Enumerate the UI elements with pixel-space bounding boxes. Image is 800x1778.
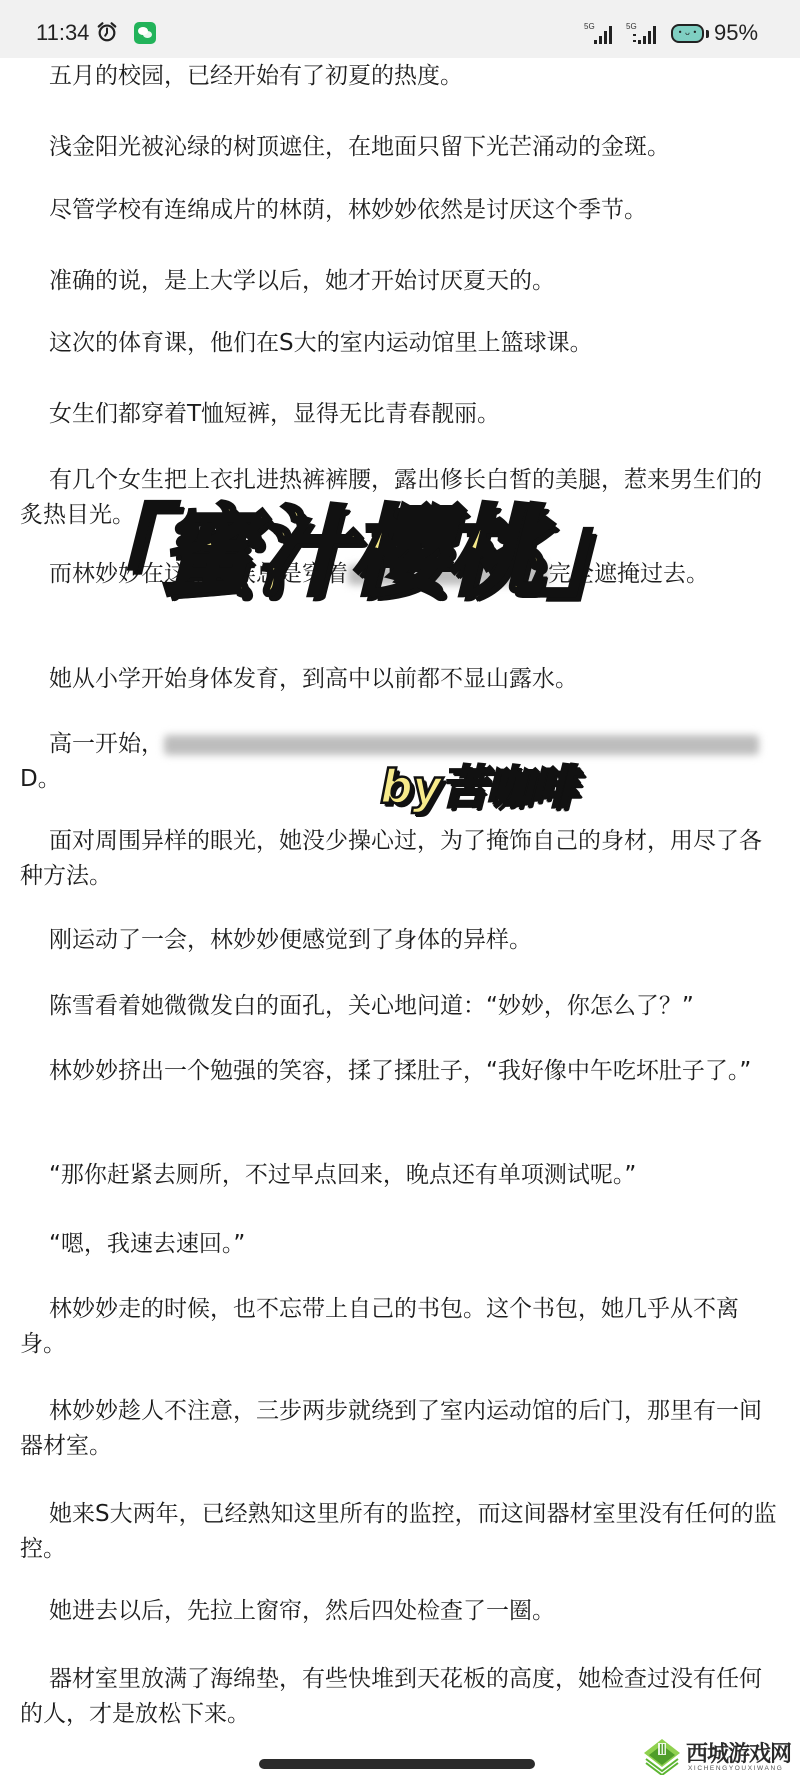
paragraph: 浅金阳光被沁绿的树顶遮住，在地面只留下光芒涌动的金斑。 xyxy=(20,130,780,165)
wechat-icon xyxy=(134,22,156,44)
paragraph: 器材室里放满了海绵垫，有些快堆到天花板的高度，她检查过没有任何的人，才是放松下来… xyxy=(20,1662,780,1732)
status-bar: 11:34 5G 5G • ᴗ • 95% xyxy=(0,0,800,58)
paragraph-text: D。 xyxy=(20,766,61,792)
battery-icon: • ᴗ • xyxy=(671,24,704,43)
paragraph-text: 高一开始， xyxy=(49,731,164,757)
paragraph: 准确的说，是上大学以后，她才开始讨厌夏天的。 xyxy=(20,264,780,299)
battery-face: • ᴗ • xyxy=(673,28,702,38)
paragraph: 她来S大两年，已经熟知这里所有的监控，而这间器材室里没有任何的监控。 xyxy=(20,1497,780,1567)
paragraph: 陈雪看着她微微发白的面孔，关心地问道：“妙妙，你怎么了？” xyxy=(20,989,780,1024)
sim1-network-label: 5G xyxy=(584,22,595,31)
watermark-pinyin: XICHENGYOUXIWANG xyxy=(688,1765,783,1772)
paragraph: “那你赶紧去厕所，不过早点回来，晚点还有单项测试呢。” xyxy=(20,1158,780,1193)
paragraph: 尽管学校有连绵成片的林荫，林妙妙依然是讨厌这个季节。 xyxy=(20,193,780,228)
home-indicator[interactable] xyxy=(259,1759,535,1769)
xicheng-logo-icon xyxy=(642,1735,682,1775)
paragraph: 林妙妙挤出一个勉强的笑容，揉了揉肚子，“我好像中午吃坏肚子了。” xyxy=(20,1054,780,1089)
battery-cap xyxy=(706,30,709,38)
paragraph: 女生们都穿着T恤短裤，显得无比青春靓丽。 xyxy=(20,397,780,432)
battery-percent: 95% xyxy=(714,20,758,46)
book-title-overlay: 「蜜汁樱桃」 xyxy=(62,488,622,618)
paragraph: “嗯，我速去速回。” xyxy=(20,1227,780,1262)
paragraph: 这次的体育课，他们在S大的室内运动馆里上篮球课。 xyxy=(20,326,780,361)
alarm-clock-icon xyxy=(96,21,118,43)
status-time: 11:34 xyxy=(36,20,89,46)
paragraph: 林妙妙趁人不注意，三步两步就绕到了室内运动馆的后门，那里有一间器材室。 xyxy=(20,1394,780,1464)
paragraph: 五月的校园，已经开始有了初夏的热度。 xyxy=(20,59,780,94)
paragraph: 面对周围异样的眼光，她没少操心过，为了掩饰自己的身材，用尽了各种方法。 xyxy=(20,824,780,894)
sim2-network-label: 5G xyxy=(626,22,637,31)
watermark-name: 西城游戏网 xyxy=(686,1737,791,1768)
paragraph: 她进去以后，先拉上窗帘，然后四处检查了一圈。 xyxy=(20,1594,780,1629)
watermark: 西城游戏网 XICHENGYOUXIWANG xyxy=(640,1735,800,1778)
paragraph: 林妙妙走的时候，也不忘带上自己的书包。这个书包，她几乎从不离身。 xyxy=(20,1292,780,1362)
paragraph: 她从小学开始身体发育，到高中以前都不显山露水。 xyxy=(20,662,780,697)
paragraph: 刚运动了一会，林妙妙便感觉到了身体的异样。 xyxy=(20,923,780,958)
author-overlay: by苦咖啡 xyxy=(380,752,620,822)
